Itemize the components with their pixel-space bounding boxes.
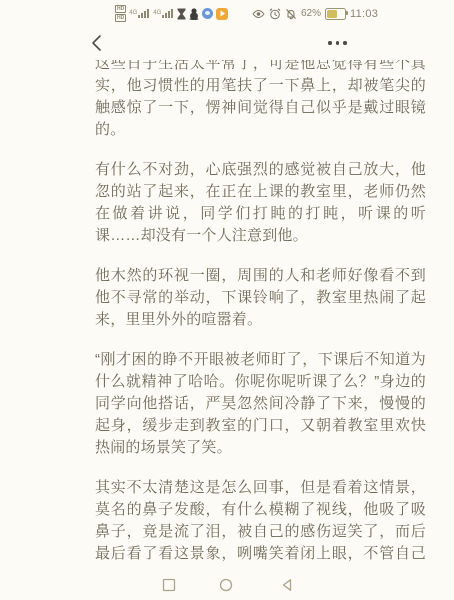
- hd-volte-sim1-icon: HD: [115, 5, 126, 13]
- alarm-icon: [269, 8, 281, 20]
- status-bar-right: 62% 11:03: [252, 6, 378, 21]
- ellipsis-icon: [336, 41, 340, 45]
- back-button[interactable]: [87, 33, 107, 53]
- orange-app-icon: [216, 8, 228, 20]
- nav-back-button[interactable]: [279, 577, 295, 593]
- home-circle-icon: [218, 577, 234, 593]
- paragraph: 其实不太清楚这是怎么回事，但是看着这情景，莫名的鼻子发酸，有什么模糊了视线，他吸…: [95, 477, 426, 565]
- battery-icon: [325, 8, 346, 20]
- status-bar-left: HD HD 4G 4G: [115, 6, 228, 21]
- android-nav-bar: [0, 574, 454, 600]
- paragraph: 他木然的环视一圈，周围的人和老师好像看不到他不寻常的举动，下课铃响了，教室里热闹…: [95, 265, 426, 331]
- chevron-left-icon: [87, 40, 107, 57]
- battery-percent-label: 62%: [301, 8, 321, 19]
- home-button[interactable]: [218, 577, 234, 593]
- hd-volte-badges: HD HD: [115, 5, 126, 22]
- ellipsis-icon: [328, 41, 332, 45]
- eye-comfort-icon: [252, 9, 265, 19]
- reader-content[interactable]: 这些日子生活太平常了，可是他总觉得有些个真实，他习惯性的用笔扶了一下鼻上，却被笔…: [95, 60, 426, 565]
- clock-time: 11:03: [350, 8, 378, 20]
- hourglass-icon: [177, 8, 186, 20]
- more-options-button[interactable]: [328, 38, 354, 48]
- hd-volte-sim2-icon: HD: [115, 14, 126, 22]
- back-triangle-icon: [279, 577, 295, 593]
- paragraph: “刚才困的睁不开眼被老师盯了，下课后不知道为什么就精神了哈哈。你呢你呢听课了么？…: [95, 349, 426, 459]
- signal-sim1-icon: 4G: [129, 8, 150, 19]
- qq-penguin-icon: [189, 8, 199, 20]
- recents-square-icon: [161, 577, 177, 593]
- signal-sim2-icon: 4G: [153, 8, 174, 19]
- recents-button[interactable]: [161, 577, 177, 593]
- paragraph: 这些日子生活太平常了，可是他总觉得有些个真实，他习惯性的用笔扶了一下鼻上，却被笔…: [95, 60, 426, 141]
- ellipsis-icon: [343, 41, 347, 45]
- blue-app-icon: [202, 8, 213, 19]
- mute-bell-icon: [285, 8, 297, 20]
- paragraph: 有什么不对劲，心底强烈的感觉被自己放大，他忽的站了起来，在正在上课的教室里，老师…: [95, 159, 426, 247]
